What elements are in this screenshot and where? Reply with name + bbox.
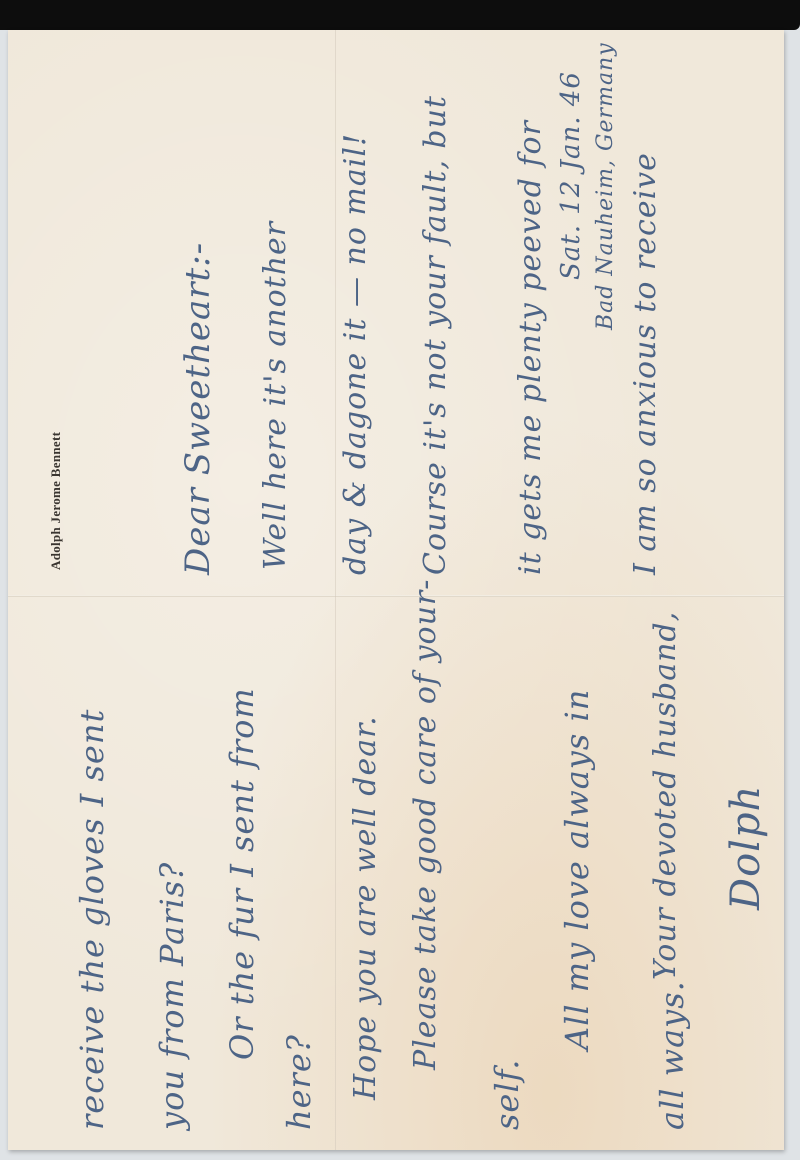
body-line: here? [280,1034,318,1130]
body-line: day & dagone it — no mail! [338,133,373,575]
body-line: All my love always in [558,689,596,1050]
body-line: all ways. [653,980,691,1130]
body-line: receive the gloves I sent [73,709,111,1130]
letter-sheet: Adolph Jerome Bennett Sat. 12 Jan. 46 Ba… [8,30,784,1150]
body-line: you from Paris? [153,862,191,1130]
salutation: Dear Sweetheart:- [178,242,218,575]
body-line: Well here it's another [258,221,293,570]
horizontal-fold-line [8,595,784,597]
closing: Your devoted husband, [648,611,683,980]
letterhead: Adolph Jerome Bennett [48,432,64,570]
date-line: Sat. 12 Jan. 46 [556,71,586,280]
scanner-edge-strip [0,0,800,30]
place-line: Bad Nauheim, Germany [593,42,618,330]
body-line: Please take good care of your- [408,579,443,1070]
body-line: it gets me plenty peeved for [513,120,548,575]
body-line: Or the fur I sent from [223,687,261,1060]
body-line: I am so anxious to receive [628,152,663,575]
body-line: Course it's not your fault, but [418,95,453,575]
signature: Dolph [723,785,769,910]
body-line: Hope you are well dear. [348,715,383,1100]
vertical-fold-line [335,30,336,1150]
body-line: self. [488,1059,526,1130]
